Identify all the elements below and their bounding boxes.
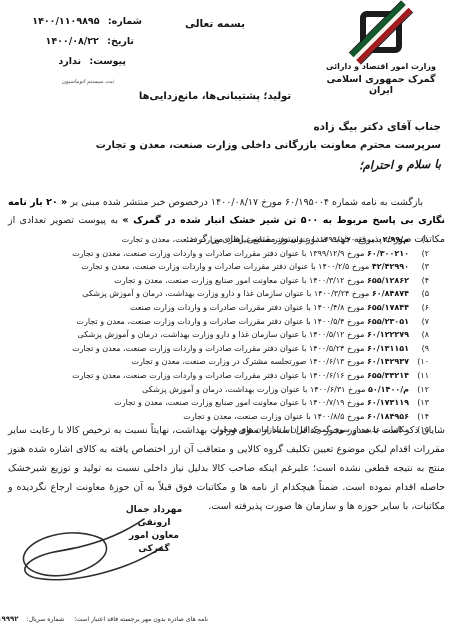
- reference-item: ۱۰)۶۰/۱۴۲۹۳۷ مورخ ۱۴۰۰/۶/۱۳ صورتجلسه مشت…: [8, 355, 429, 369]
- salutation-calligraphy: با سلام و احترام؛: [311, 157, 441, 173]
- reference-item: ۵)۶۰/۸۴۸۷۴ مورخ ۱۴۰۰/۳/۲۴ با عنوان سازما…: [8, 287, 429, 301]
- reference-item: ۷)۶۵۵/۲۳۰۵۱ مورخ ۱۴۰۰/۵/۴ با عنوان دفتر …: [8, 315, 429, 329]
- year-slogan: تولید؛ پشتیبانی‌ها، مانع‌زدایی‌ها: [110, 91, 320, 102]
- reference-letter-number: ۶۰/۱۲۲۲۷۹: [367, 330, 409, 339]
- letter-number-value: ۱۴۰۰/۱۱۰۹۸۹۵: [32, 16, 99, 27]
- reference-number-index: ۱۱): [415, 369, 429, 383]
- reference-letter-number: ۶۵۵/۲۳۰۵۱: [367, 317, 409, 326]
- reference-item: ۱۱)۶۵۵/۳۳۲۱۴ مورخ ۱۴۰۰/۶/۱۶ با عنوان دفت…: [8, 369, 429, 383]
- reference-letter-number: ۶۰/۱۴۲۹۳۷: [367, 357, 409, 366]
- reference-letter-number: ۶۰/۸۴۸۷۴: [372, 289, 409, 298]
- reference-description: مورخ ۱۴۰۰/۶/۳۱ با عنوان وزارت بهداشت، در…: [142, 385, 365, 394]
- reference-description: مورخ ۱۴۰۰/۷/۱۹ با عنوان معاونت امور صنای…: [114, 398, 364, 407]
- scanned-letter-page: شماره: ۱۴۰۰/۱۱۰۹۸۹۵ تاریخ: ۱۴۰۰/۰۸/۲۲ پی…: [0, 0, 453, 640]
- reference-description: مورخ ۱۴۰۰/۴/۸ با عنوان دفتر مقررات صادرا…: [130, 303, 365, 312]
- reference-number-index: ۱۳): [415, 396, 429, 410]
- reference-description: مورخ ۱۳۹۹/۱۲/۹ با عنوان دفتر مقررات صادر…: [72, 249, 364, 258]
- letter-attachment-row: پیوست: ندارد: [10, 56, 142, 67]
- reference-description: مورخ ۱۴۰۰/۵/۴ با عنوان دفتر مقررات صادرا…: [76, 317, 364, 326]
- closing-paragraph: شایان ذکر است با صدور مجوز حداقل اسناد ا…: [8, 421, 445, 516]
- reference-item: ۸)۶۰/۱۲۲۲۷۹ مورخ ۱۴۰۰/۵/۱۲ با عنوان سازم…: [8, 328, 429, 342]
- handwritten-signature: [12, 513, 167, 591]
- reference-item: ۳)۴۲/۴۲۹۹۰ مورخ ۱۴۰۰/۲/۵ با عنوان دفتر م…: [8, 260, 429, 274]
- reference-item: ۱)۰۲/م/۹۹ مورخ ۱۳۹۹/۱/۲۰ با عنوان دفتر ص…: [8, 233, 429, 247]
- reference-letter-number: ۶۵۵/۱۲۸۶۲: [367, 276, 409, 285]
- reference-letter-number: ۶۵۵/۱۷۸۴۴: [367, 303, 409, 312]
- reference-letter-number: ۶۰/۱۳۱۱۵۱: [367, 344, 409, 353]
- reference-letter-number: ۶۰/۱۷۳۱۱۹: [367, 398, 409, 407]
- footer-note: نامه های صادره بدون مهر برجسته فاقد اعتب…: [18, 615, 208, 623]
- reference-number-index: ۵): [415, 287, 429, 301]
- reference-description: مورخ ۱۴۰۰/۳/۲۴ با عنوان سازمان غذا و دار…: [82, 289, 369, 298]
- reference-item: ۴)۶۵۵/۱۲۸۶۲ مورخ ۱۴۰۰/۳/۱۲ با عنوان معاو…: [8, 274, 429, 288]
- letter-date-label: تاریخ:: [107, 36, 134, 47]
- automation-note: ثبت سیستم اتوماسیون: [10, 79, 143, 85]
- logo-flag-stripe: [349, 0, 413, 64]
- reference-description: مورخ ۱۴۰۰/۲/۵ با عنوان دفتر مقررات صادرا…: [81, 262, 369, 271]
- reference-item: ۱۲)۵۰/م/۱۴۰۰ مورخ ۱۴۰۰/۶/۳۱ با عنوان وزا…: [8, 383, 429, 397]
- serial-value: ۱۰۳۱۹۹۹۲: [0, 615, 19, 623]
- reference-letter-number: ۵۰/م/۱۴۰۰: [368, 385, 409, 394]
- reference-letter-number: ۶۰/۳۰۰۲۱۰: [367, 249, 409, 258]
- reference-letter-number: ۶۵۵/۳۳۲۱۴: [367, 371, 409, 380]
- reference-description: مورخ ۱۴۰۰/۳/۱۲ با عنوان معاونت امور صنای…: [114, 276, 364, 285]
- reference-description: مورخ ۱۳۹۹/۱/۲۰ با عنوان دفتر صنایع غیرفل…: [122, 235, 376, 244]
- reference-number-index: ۲): [415, 247, 429, 261]
- letter-date-row: تاریخ: ۱۴۰۰/۰۸/۲۲: [10, 36, 142, 47]
- reference-description: مورخ ۱۴۰۰/۵/۲۴ با عنوان دفتر مقررات صادر…: [72, 344, 364, 353]
- reference-number-index: ۱): [415, 233, 429, 247]
- reference-description: مورخ ۱۴۰۰/۸/۵ با عنوان وزارت صنعت، معدن …: [183, 412, 364, 421]
- reference-item: ۲)۶۰/۳۰۰۲۱۰ مورخ ۱۳۹۹/۱۲/۹ با عنوان دفتر…: [8, 247, 429, 261]
- reference-number-index: ۱۲): [415, 383, 429, 397]
- reference-number-index: ۴): [415, 274, 429, 288]
- serial-label: شماره سریال:: [27, 616, 65, 623]
- body-intro: بازگشت به نامه شماره ۶۰/۱۹۵۰۰۴ مورخ ۱۴۰۰…: [67, 197, 423, 208]
- reference-description: مورخ ۱۴۰۰/۶/۱۳ صورتجلسه مشترک در وزارت ص…: [131, 357, 364, 366]
- reference-number-index: ۳): [415, 260, 429, 274]
- reference-number-index: ۶): [415, 301, 429, 315]
- reference-number-index: ۱۰): [415, 355, 429, 369]
- recipient-title: سرپرست محترم معاونت بازرگانی داخلی وزارت…: [12, 140, 441, 151]
- reference-item: ۶)۶۵۵/۱۷۸۴۴ مورخ ۱۴۰۰/۴/۸ با عنوان دفتر …: [8, 301, 429, 315]
- reference-letter-number: ۶۰/۱۸۴۹۵۶: [367, 412, 409, 421]
- reference-number-index: ۹): [415, 342, 429, 356]
- letter-date-value: ۱۴۰۰/۰۸/۲۲: [46, 36, 99, 47]
- reference-description: مورخ ۱۴۰۰/۶/۱۶ با عنوان دفتر مقررات صادر…: [72, 371, 364, 380]
- reference-item: ۱۳)۶۰/۱۷۳۱۱۹ مورخ ۱۴۰۰/۷/۱۹ با عنوان معا…: [8, 396, 429, 410]
- letter-attachment-label: پیوست:: [89, 56, 126, 67]
- recipient-block: جناب آقای دکتر بیگ زاده سرپرست محترم معا…: [12, 121, 441, 172]
- reference-number-index: ۸): [415, 328, 429, 342]
- ministry-name: وزارت امور اقتصاد و دارائی: [321, 62, 441, 71]
- reference-number-index: ۷): [415, 315, 429, 329]
- letter-attachment-value: ندارد: [58, 56, 81, 67]
- references-list: ۱)۰۲/م/۹۹ مورخ ۱۳۹۹/۱/۲۰ با عنوان دفتر ص…: [8, 233, 429, 437]
- reference-description: مورخ ۱۴۰۰/۵/۱۲ با عنوان سازمان غذا و دار…: [77, 330, 364, 339]
- basmala-text: بسمه تعالی: [120, 18, 310, 30]
- validity-note: نامه های صادره بدون مهر برجسته فاقد اعتب…: [74, 616, 208, 623]
- recipient-name: جناب آقای دکتر بیگ زاده: [12, 121, 441, 133]
- reference-letter-number: ۰۲/م/۹۹: [378, 235, 409, 244]
- letterhead-block: وزارت امور اقتصاد و دارائی گمرک جمهوری ا…: [321, 8, 441, 96]
- reference-item: ۹)۶۰/۱۳۱۱۵۱ مورخ ۱۴۰۰/۵/۲۴ با عنوان دفتر…: [8, 342, 429, 356]
- customs-logo-icon: [357, 8, 405, 56]
- reference-letter-number: ۴۲/۴۲۹۹۰: [372, 262, 409, 271]
- organization-name: گمرک جمهوری اسلامی ایران: [321, 74, 441, 96]
